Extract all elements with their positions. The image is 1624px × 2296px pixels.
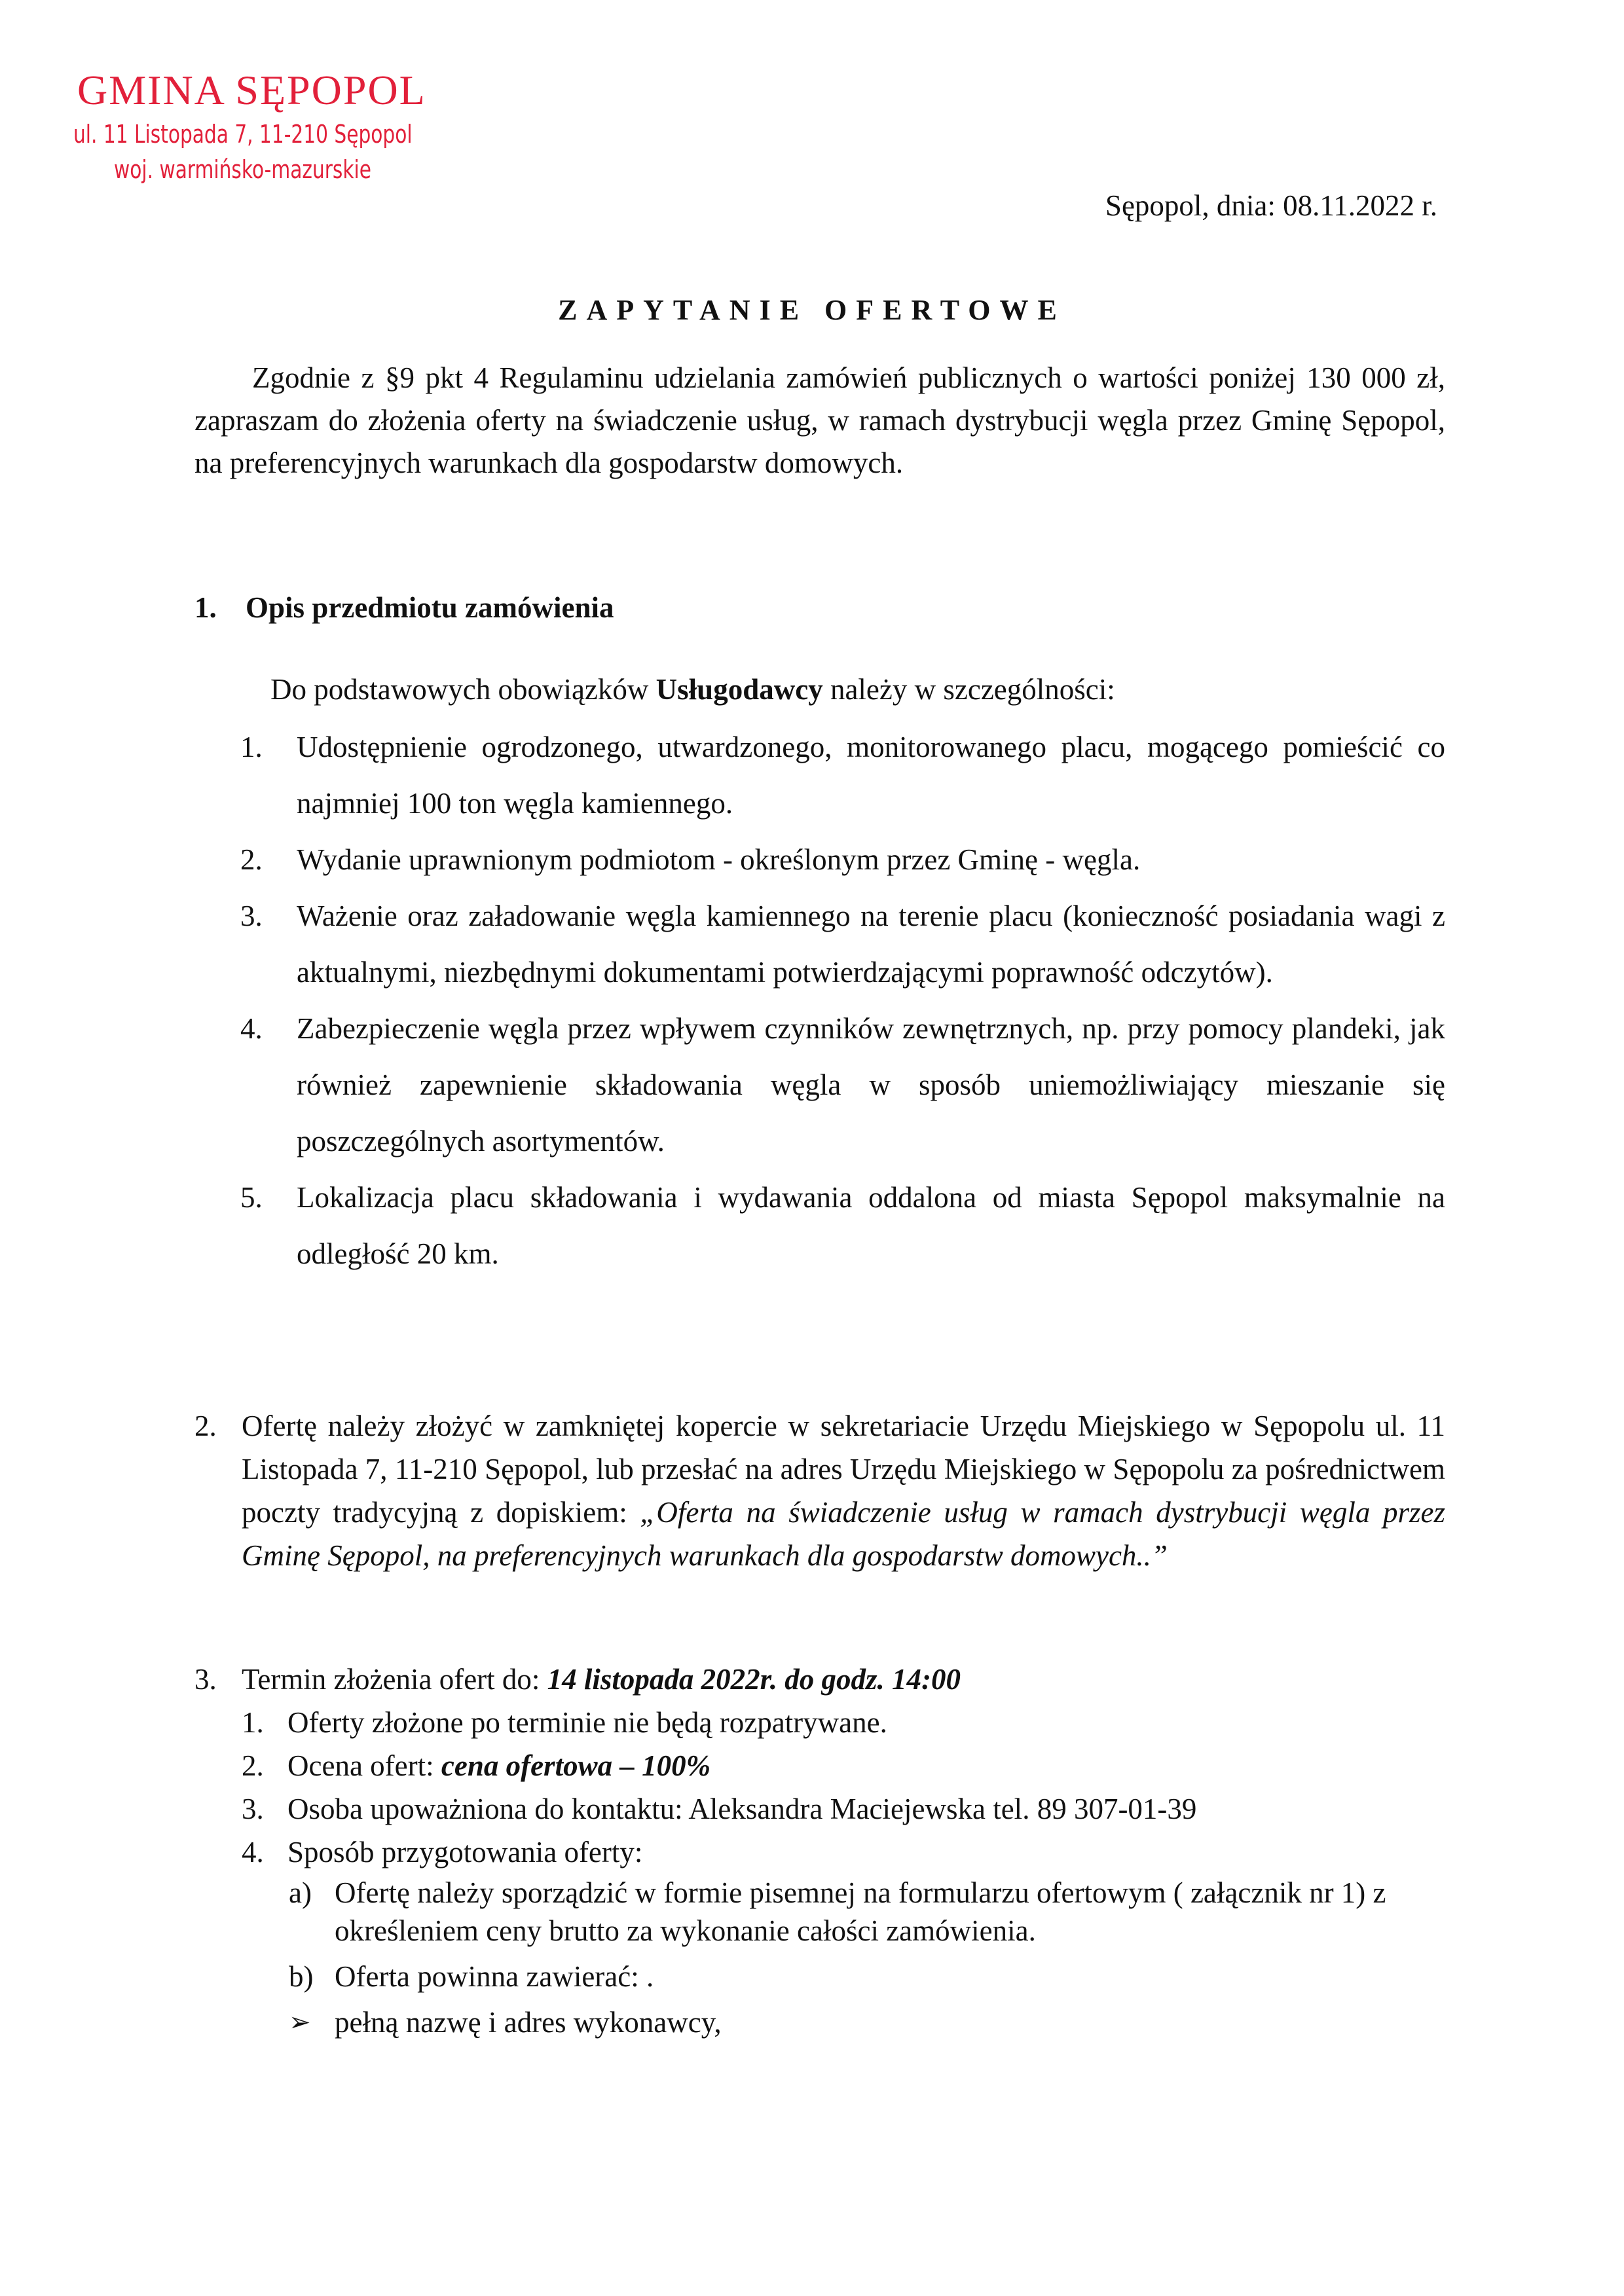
list-marker: a): [289, 1874, 341, 1912]
arrow-bullet-icon: ➢: [289, 2003, 341, 2041]
section-1-title: Opis przedmiotu zamówienia: [246, 591, 614, 624]
section-3-number: 3.: [194, 1658, 217, 1701]
document-date: Sępopol, dnia: 08.11.2022 r.: [1105, 189, 1437, 223]
list-item-text: Wydanie uprawnionym podmiotom - określon…: [297, 843, 1140, 876]
list-item-text: Sposób przygotowania oferty:: [287, 1836, 642, 1868]
list-marker: 4.: [240, 1000, 293, 1057]
section-1-number: 1.: [194, 591, 246, 625]
list-item-text: Ocena ofert:: [287, 1749, 441, 1782]
list-marker: b): [289, 1958, 341, 1995]
section-1-lead: Do podstawowych obowiązków Usługodawcy n…: [270, 672, 1115, 706]
document-title: ZAPYTANIE OFERTOWE: [0, 293, 1624, 327]
lead-text-end: należy w szczególności:: [823, 673, 1115, 706]
section-3-heading: 3. Termin złożenia ofert do: 14 listopad…: [194, 1658, 1445, 1701]
stamp-address: ul. 11 Listopada 7, 11-210 Sępopol: [73, 115, 383, 153]
lead-bold-term: Usługodawcy: [656, 673, 823, 706]
list-item: b) Oferta powinna zawierać: .: [289, 1958, 1445, 1995]
list-item: 3. Osoba upoważniona do kontaktu: Aleksa…: [242, 1787, 1445, 1831]
evaluation-criterion: cena ofertowa – 100%: [441, 1749, 710, 1782]
list-marker: 2.: [240, 831, 293, 888]
section-2: 2. Ofertę należy złożyć w zamkniętej kop…: [194, 1404, 1445, 1577]
list-marker: 1.: [240, 719, 293, 775]
intro-paragraph: Zgodnie z §9 pkt 4 Regulaminu udzielania…: [194, 357, 1445, 484]
deadline-value: 14 listopada 2022r. do godz. 14:00: [547, 1663, 961, 1696]
list-item-text: Ofertę należy sporządzić w formie pisemn…: [335, 1876, 1386, 1947]
section-3: 3. Termin złożenia ofert do: 14 listopad…: [194, 1658, 1445, 2041]
municipality-stamp: GMINA SĘPOPOL ul. 11 Listopada 7, 11-210…: [77, 65, 470, 189]
list-marker: 5.: [240, 1169, 293, 1226]
list-item-text: Oferty złożone po terminie nie będą rozp…: [287, 1706, 887, 1739]
list-item-text: Udostępnienie ogrodzonego, utwardzonego,…: [297, 731, 1445, 820]
section-2-paragraph: 2. Ofertę należy złożyć w zamkniętej kop…: [194, 1404, 1445, 1577]
list-marker: 1.: [242, 1701, 285, 1744]
section-3-sublist: 1. Oferty złożone po terminie nie będą r…: [242, 1701, 1445, 1874]
list-marker: 2.: [242, 1744, 285, 1787]
preparation-list: a) Ofertę należy sporządzić w formie pis…: [289, 1874, 1445, 2041]
list-item: 4. Zabezpieczenie węgla przez wpływem cz…: [240, 1000, 1445, 1169]
list-item-text: Ważenie oraz załadowanie węgla kamienneg…: [297, 900, 1445, 989]
list-item: a) Ofertę należy sporządzić w formie pis…: [289, 1874, 1445, 1950]
deadline-label: Termin złożenia ofert do:: [242, 1663, 547, 1696]
list-marker: 4.: [242, 1831, 285, 1874]
list-item: ➢ pełną nazwę i adres wykonawcy,: [289, 2003, 1445, 2041]
lead-text: Do podstawowych obowiązków: [270, 673, 656, 706]
list-item: 2. Wydanie uprawnionym podmiotom - okreś…: [240, 831, 1445, 888]
list-item-text: pełną nazwę i adres wykonawcy,: [335, 2006, 722, 2039]
list-item: 3. Ważenie oraz załadowanie węgla kamien…: [240, 888, 1445, 1000]
list-marker: 3.: [240, 888, 293, 944]
list-item: 1. Oferty złożone po terminie nie będą r…: [242, 1701, 1445, 1744]
list-marker: 3.: [242, 1787, 285, 1831]
list-item-text: Lokalizacja placu składowania i wydawani…: [297, 1181, 1445, 1270]
list-item: 5. Lokalizacja placu składowania i wydaw…: [240, 1169, 1445, 1282]
list-item: 1. Udostępnienie ogrodzonego, utwardzone…: [240, 719, 1445, 831]
list-item: 4. Sposób przygotowania oferty:: [242, 1831, 1445, 1874]
list-item-text: Zabezpieczenie węgla przez wpływem czynn…: [297, 1012, 1445, 1157]
stamp-region: woj. warmińsko-mazurskie: [114, 151, 392, 189]
section-1-heading: 1.Opis przedmiotu zamówienia: [194, 591, 614, 625]
section-2-number: 2.: [194, 1404, 240, 1448]
list-item-text: Oferta powinna zawierać: .: [335, 1960, 654, 1993]
list-item: 2. Ocena ofert: cena ofertowa – 100%: [242, 1744, 1445, 1787]
stamp-title: GMINA SĘPOPOL: [77, 65, 470, 115]
contact-person: Osoba upoważniona do kontaktu: Aleksandr…: [287, 1793, 1196, 1825]
section-1-duties-list: 1. Udostępnienie ogrodzonego, utwardzone…: [240, 719, 1445, 1282]
